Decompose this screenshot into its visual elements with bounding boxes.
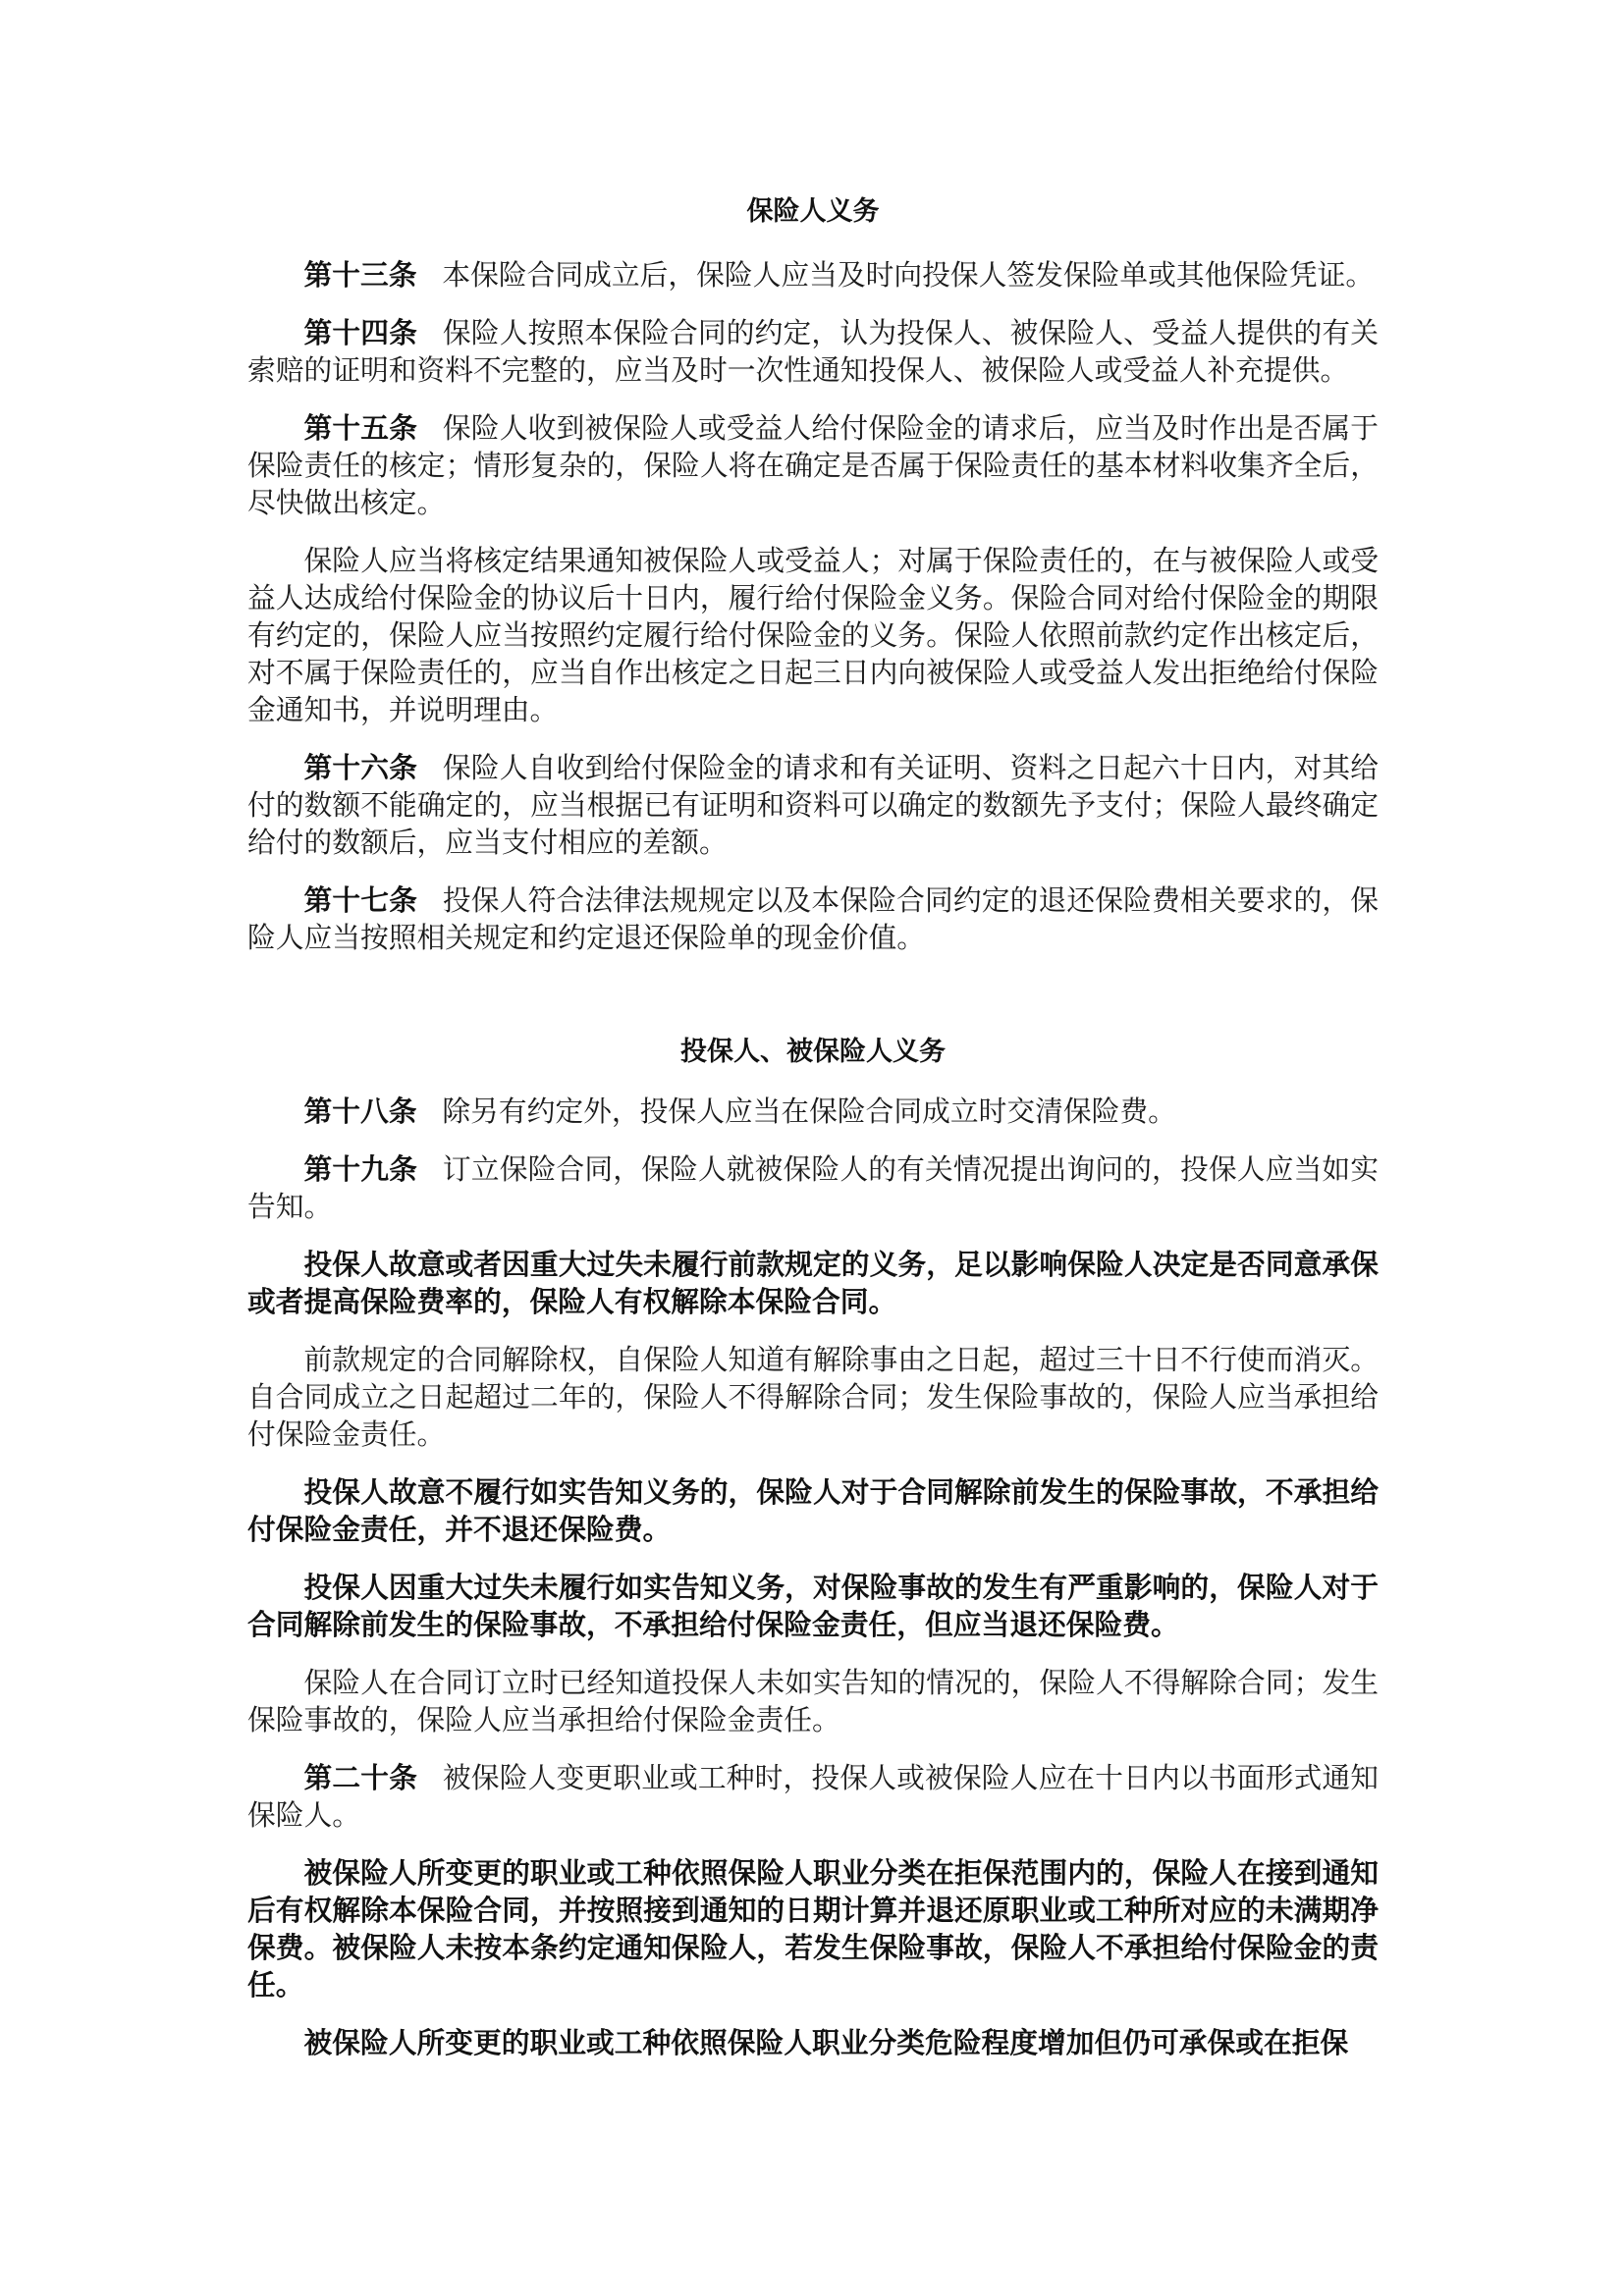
article-19-para-4: 投保人故意不履行如实告知义务的，保险人对于合同解除前发生的保险事故，不承担给付保… <box>247 1473 1379 1548</box>
article-number: 第二十条 <box>304 1761 418 1794</box>
article-20-para-3: 被保险人所变更的职业或工种依照保险人职业分类危险程度增加但仍可承保或在拒保 <box>247 2024 1379 2061</box>
article-19-para-5: 投保人因重大过失未履行如实告知义务，对保险事故的发生有严重影响的，保险人对于合同… <box>247 1569 1379 1643</box>
article-15-para-2: 保险人应当将核定结果通知被保险人或受益人；对属于保险责任的，在与被保险人或受益人… <box>247 542 1379 728</box>
article-19-para-6: 保险人在合同订立时已经知道投保人未如实告知的情况的，保险人不得解除合同；发生保险… <box>247 1664 1379 1738</box>
article-text: 除另有约定外，投保人应当在保险合同成立时交清保险费。 <box>442 1095 1176 1128</box>
article-number: 第十八条 <box>304 1095 417 1128</box>
article-20: 第二十条被保险人变更职业或工种时，投保人或被保险人应在十日内以书面形式通知保险人… <box>247 1759 1379 1834</box>
article-number: 第十七条 <box>304 883 418 917</box>
article-16: 第十六条保险人自收到给付保险金的请求和有关证明、资料之日起六十日内，对其给付的数… <box>247 749 1379 861</box>
article-19-para-3: 前款规定的合同解除权，自保险人知道有解除事由之日起，超过三十日不行使而消灭。自合… <box>247 1341 1379 1453</box>
document-page: 保险人义务 第十三条本保险合同成立后，保险人应当及时向投保人签发保险单或其他保险… <box>247 193 1379 2082</box>
article-14: 第十四条保险人按照本保险合同的约定，认为投保人、被保险人、受益人提供的有关索赔的… <box>247 314 1379 389</box>
article-15: 第十五条保险人收到被保险人或受益人给付保险金的请求后，应当及时作出是否属于保险责… <box>247 409 1379 521</box>
section-title-insurer-obligations: 保险人义务 <box>247 193 1379 231</box>
section-title-policyholder-obligations: 投保人、被保险人义务 <box>247 1034 1379 1071</box>
article-number: 第十六条 <box>304 751 418 784</box>
article-18: 第十八条除另有约定外，投保人应当在保险合同成立时交清保险费。 <box>247 1093 1379 1130</box>
article-number: 第十九条 <box>304 1152 418 1186</box>
article-text: 本保险合同成立后，保险人应当及时向投保人签发保险单或其他保险凭证。 <box>442 258 1374 292</box>
article-17: 第十七条投保人符合法律法规规定以及本保险合同约定的退还保险费相关要求的，保险人应… <box>247 881 1379 956</box>
article-13: 第十三条本保险合同成立后，保险人应当及时向投保人签发保险单或其他保险凭证。 <box>247 256 1379 294</box>
article-19-para-2: 投保人故意或者因重大过失未履行前款规定的义务，足以影响保险人决定是否同意承保或者… <box>247 1246 1379 1320</box>
article-19: 第十九条订立保险合同，保险人就被保险人的有关情况提出询问的，投保人应当如实告知。 <box>247 1150 1379 1225</box>
article-number: 第十四条 <box>304 316 418 349</box>
article-20-para-2: 被保险人所变更的职业或工种依照保险人职业分类在拒保范围内的，保险人在接到通知后有… <box>247 1854 1379 2003</box>
article-number: 第十五条 <box>304 411 418 445</box>
article-number: 第十三条 <box>304 258 417 292</box>
